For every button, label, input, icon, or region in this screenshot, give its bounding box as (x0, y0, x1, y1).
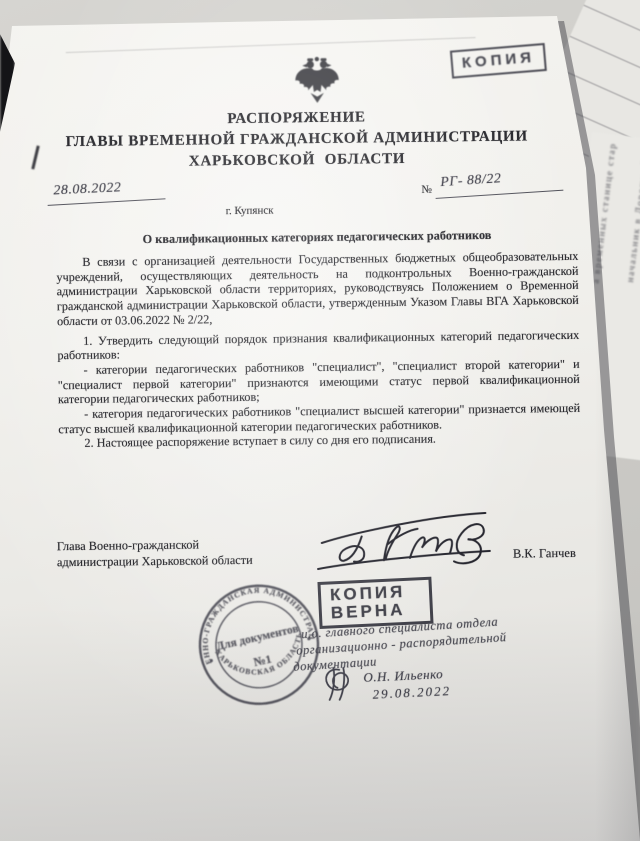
signer-position: Глава Военно-гражданской администрации Х… (57, 537, 253, 570)
handwritten-number: РГ- 88/22 (440, 171, 502, 191)
paragraph: В связи с организацией деятельности Госу… (56, 249, 579, 329)
coat-of-arms-eagle-icon (292, 55, 343, 110)
number-underline (436, 190, 564, 199)
copy-stamp: КОПИЯ (450, 43, 547, 79)
ilyenko-signature (319, 666, 361, 703)
signer-name: В.К. Ганчев (513, 546, 576, 562)
body-text: В связи с организацией деятельности Госу… (56, 249, 580, 452)
ganchev-signature (313, 501, 494, 578)
handwritten-date: 28.08.2022 (53, 180, 122, 199)
certifier-name: О.Н. Ильенко (363, 666, 443, 686)
certification-date: 29.08.2022 (372, 683, 451, 703)
title-line-2: ГЛАВЫ ВРЕМЕННОЙ ГРАЖДАНСКОЙ АДМИНИСТРАЦИ… (0, 128, 597, 152)
paragraph: - категории педагогических работников "с… (58, 357, 580, 407)
place-line: г. Купянск (226, 205, 274, 218)
date-underline (48, 198, 166, 206)
title-line-3: ХАРЬКОВСКОЙ ОБЛАСТИ (0, 149, 597, 173)
title-line-1: РАСПОРЯЖЕНИЕ (0, 107, 597, 131)
number-label: № (421, 184, 432, 196)
subject-line: О квалификационных категориях педагогиче… (56, 227, 578, 248)
signer-position-line-2: администрации Харьковской области (57, 552, 253, 570)
seal-center-line-1: Для документов (215, 623, 299, 653)
document-photo: а временных станице стар начальник в Дор… (0, 0, 640, 841)
paper-crease (66, 37, 476, 53)
document-content: КОПИЯ РАСПОРЯЖЕНИЕ ГЛАВЫ ВРЕМЕННОЙ ГРАЖД… (0, 0, 640, 841)
